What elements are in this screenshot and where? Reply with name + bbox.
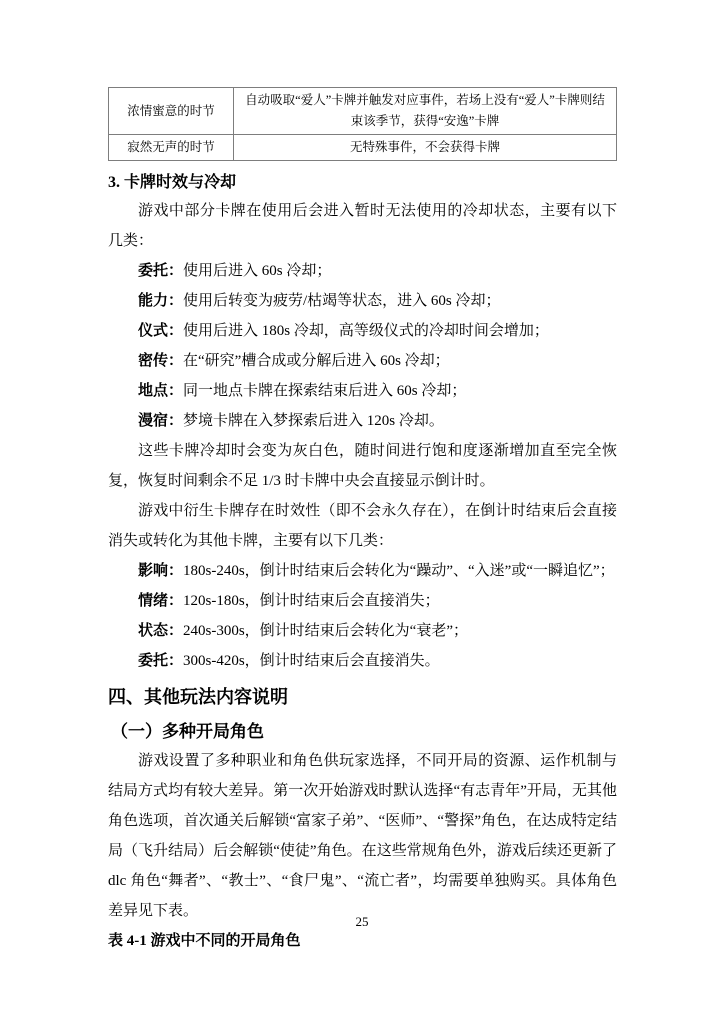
- item-text: 使用后进入 60s 冷却；: [183, 263, 331, 279]
- roles-paragraph: 游戏设置了多种职业和角色供玩家选择，不同开局的资源、运作机制与结局方式均有较大差…: [108, 746, 617, 926]
- table-cell-season: 寂然无声的时节: [109, 135, 234, 161]
- season-event-table: 浓情蜜意的时节 自动吸取“爱人”卡牌并触发对应事件，若场上没有“爱人”卡牌则结束…: [108, 87, 617, 161]
- cooldown-item: 能力：使用后转变为疲劳/枯竭等状态，进入 60s 冷却；: [108, 286, 617, 316]
- table-row: 浓情蜜意的时节 自动吸取“爱人”卡牌并触发对应事件，若场上没有“爱人”卡牌则结束…: [109, 88, 617, 135]
- table-cell-effect: 无特殊事件，不会获得卡牌: [234, 135, 617, 161]
- item-label: 状态：: [138, 623, 183, 639]
- section4-heading: 四、其他玩法内容说明: [108, 683, 617, 711]
- item-label: 情绪：: [138, 593, 183, 609]
- item-label: 委托：: [138, 653, 183, 669]
- table-row: 寂然无声的时节 无特殊事件，不会获得卡牌: [109, 135, 617, 161]
- derived-paragraph: 游戏中衍生卡牌存在时效性（即不会永久存在），在倒计时结束后会直接消失或转化为其他…: [108, 496, 617, 556]
- item-text: 180s-240s，倒计时结束后会转化为“躁动”、“入迷”或“一瞬追忆”；: [183, 563, 615, 579]
- item-text: 同一地点卡牌在探索结束后进入 60s 冷却；: [183, 383, 466, 399]
- item-text: 使用后转变为疲劳/枯竭等状态，进入 60s 冷却；: [183, 293, 501, 309]
- item-text: 使用后进入 180s 冷却，高等级仪式的冷却时间会增加；: [183, 323, 549, 339]
- timed-item: 状态：240s-300s，倒计时结束后会转化为“衰老”；: [108, 616, 617, 646]
- item-label: 密传：: [138, 353, 183, 369]
- document-page: 浓情蜜意的时节 自动吸取“爱人”卡牌并触发对应事件，若场上没有“爱人”卡牌则结束…: [0, 0, 724, 1024]
- cooldown-item: 地点：同一地点卡牌在探索结束后进入 60s 冷却；: [108, 376, 617, 406]
- section3-body: 游戏中部分卡牌在使用后会进入暂时无法使用的冷却状态，主要有以下几类： 委托：使用…: [108, 196, 617, 676]
- page-number: 25: [0, 913, 724, 931]
- cooldown-item: 仪式：使用后进入 180s 冷却，高等级仪式的冷却时间会增加；: [108, 316, 617, 346]
- item-label: 漫宿：: [138, 413, 183, 429]
- item-text: 梦境卡牌在入梦探索后进入 120s 冷却。: [183, 413, 444, 429]
- item-label: 能力：: [138, 293, 183, 309]
- subsection1-heading: （一）多种开局角色: [111, 718, 617, 746]
- section3-heading: 3. 卡牌时效与冷却: [108, 170, 617, 196]
- cooldown-item: 密传：在“研究”槽合成或分解后进入 60s 冷却；: [108, 346, 617, 376]
- item-label: 地点：: [138, 383, 183, 399]
- timed-item: 情绪：120s-180s，倒计时结束后会直接消失；: [108, 586, 617, 616]
- table-cell-season: 浓情蜜意的时节: [109, 88, 234, 135]
- recover-paragraph: 这些卡牌冷却时会变为灰白色，随时间进行饱和度逐渐增加直至完全恢复，恢复时间剩余不…: [108, 436, 617, 496]
- item-label: 仪式：: [138, 323, 183, 339]
- item-label: 委托：: [138, 263, 183, 279]
- item-text: 120s-180s，倒计时结束后会直接消失；: [183, 593, 440, 609]
- item-label: 影响：: [138, 563, 183, 579]
- intro-paragraph: 游戏中部分卡牌在使用后会进入暂时无法使用的冷却状态，主要有以下几类：: [108, 196, 617, 256]
- cooldown-item: 委托：使用后进入 60s 冷却；: [108, 256, 617, 286]
- item-text: 300s-420s，倒计时结束后会直接消失。: [183, 653, 440, 669]
- timed-item: 影响：180s-240s，倒计时结束后会转化为“躁动”、“入迷”或“一瞬追忆”；: [108, 556, 617, 586]
- timed-item: 委托：300s-420s，倒计时结束后会直接消失。: [108, 646, 617, 676]
- table-cell-effect: 自动吸取“爱人”卡牌并触发对应事件，若场上没有“爱人”卡牌则结束该季节，获得“安…: [234, 88, 617, 135]
- item-text: 240s-300s，倒计时结束后会转化为“衰老”；: [183, 623, 468, 639]
- item-text: 在“研究”槽合成或分解后进入 60s 冷却；: [183, 353, 450, 369]
- cooldown-item: 漫宿：梦境卡牌在入梦探索后进入 120s 冷却。: [108, 406, 617, 436]
